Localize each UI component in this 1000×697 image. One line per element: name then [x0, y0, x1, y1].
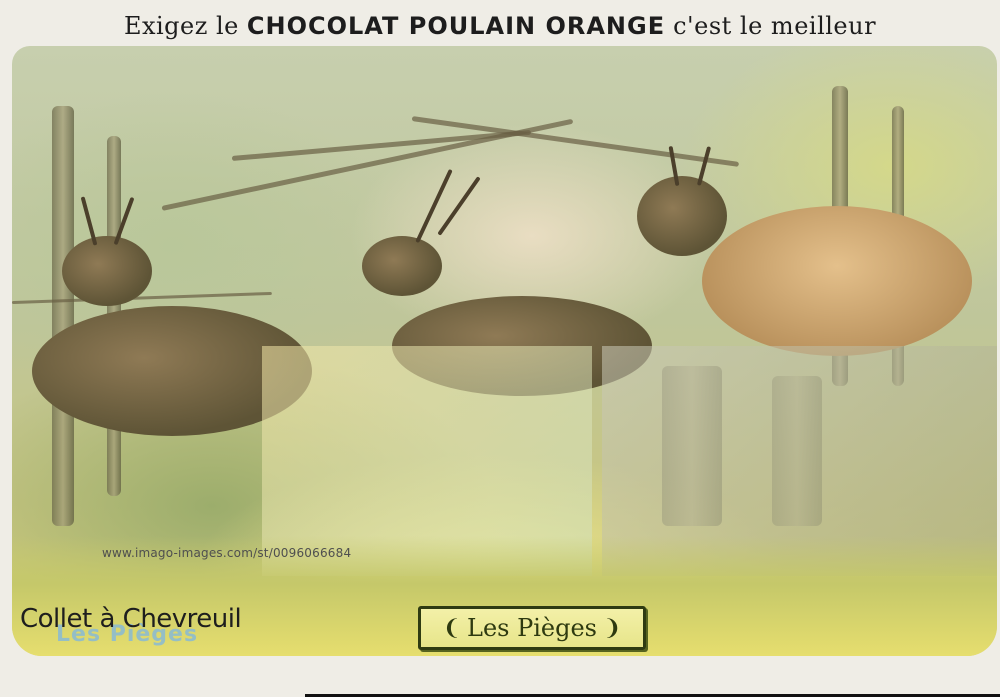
slogan-suffix: c'est le meilleur	[673, 12, 876, 40]
deer-right-body	[702, 206, 972, 356]
tree-trunk	[52, 106, 74, 526]
deer-antler	[415, 169, 452, 243]
header-slogan: Exigez le CHOCOLAT POULAIN ORANGE c'est …	[0, 0, 1000, 52]
slogan-prefix: Exigez le	[124, 12, 239, 40]
branch	[232, 130, 531, 161]
category-label-text: Les Pièges	[467, 614, 597, 642]
trade-card: Exigez le CHOCOLAT POULAIN ORANGE c'est …	[0, 0, 1000, 697]
brand-name: CHOCOLAT POULAIN ORANGE	[247, 12, 665, 40]
watermark-text: www.imago-images.com/st/0096066684	[102, 546, 351, 560]
deer-right-head	[637, 176, 727, 256]
category-label: ❨ Les Pièges ❩	[418, 606, 646, 650]
deer-middle-head	[362, 236, 442, 296]
caption-title: Collet à Chevreuil	[20, 604, 241, 634]
deer-left-head	[62, 236, 152, 306]
deer-antler	[697, 146, 711, 186]
scroll-ornament-icon: ❩	[603, 616, 621, 641]
scroll-ornament-icon: ❨	[443, 616, 461, 641]
branch	[12, 292, 272, 304]
woodland-illustration	[12, 46, 997, 656]
